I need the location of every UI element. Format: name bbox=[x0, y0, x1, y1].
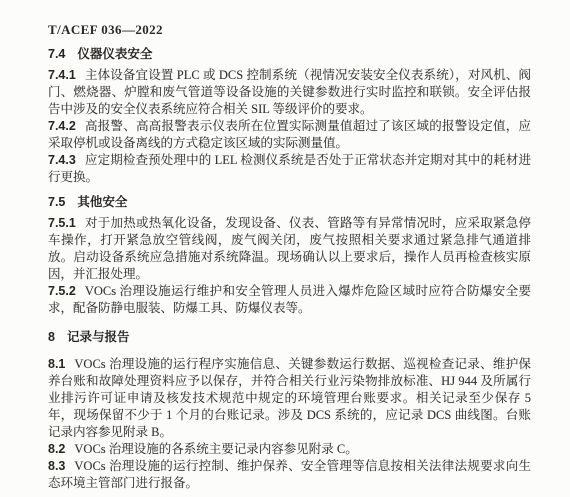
document-page: T/ACEF 036—2022 7.4仪器仪表安全 7.4.1主体设备宜设置 P… bbox=[0, 0, 570, 497]
clause-number: 7.4.1 bbox=[48, 68, 76, 82]
section-heading-7-4: 7.4仪器仪表安全 bbox=[48, 46, 531, 63]
section-heading-7-5: 7.5其他安全 bbox=[48, 194, 531, 211]
clause-8-1: 8.1VOCs 治理设施的运行程序实施信息、关键参数运行数据、巡视检查记录、维护… bbox=[48, 356, 531, 441]
clause-number: 8.3 bbox=[48, 459, 65, 473]
clause-7-4-1: 7.4.1主体设备宜设置 PLC 或 DCS 控制系统（视情况安装安全仪表系统）… bbox=[48, 67, 531, 118]
clause-text: 高报警、高高报警表示仪表所在位置实际测量值超过了该区域的报警设定值，应采取停机或… bbox=[48, 119, 531, 150]
section-title: 记录与报告 bbox=[67, 330, 130, 344]
clause-text: 主体设备宜设置 PLC 或 DCS 控制系统（视情况安装安全仪表系统），对风机、… bbox=[48, 68, 531, 116]
clause-8-3: 8.3VOCs 治理设施的运行控制、维护保养、安全管理等信息按相关法律法规要求向… bbox=[48, 458, 531, 492]
clause-number: 7.4.3 bbox=[48, 153, 76, 167]
clause-7-4-3: 7.4.3应定期检查预处理中的 LEL 检测仪系统是否处于正常状态并定期对其中的… bbox=[48, 152, 531, 186]
clause-number: 7.5.1 bbox=[48, 216, 76, 230]
clause-7-5-2: 7.5.2VOCs 治理设施运行维护和安全管理人员进入爆炸危险区域时应符合防爆安… bbox=[48, 283, 531, 317]
clause-number: 7.5.2 bbox=[48, 284, 76, 298]
section-title: 仪器仪表安全 bbox=[77, 47, 152, 61]
clause-8-2: 8.2VOCs 治理设施的各系统主要记录内容参见附录 C。 bbox=[48, 441, 531, 458]
section-number: 7.5 bbox=[48, 195, 65, 209]
clause-text: VOCs 治理设施的运行程序实施信息、关键参数运行数据、巡视检查记录、维护保养台… bbox=[48, 357, 531, 439]
clause-text: VOCs 治理设施的运行控制、维护保养、安全管理等信息按相关法律法规要求向生态环… bbox=[48, 459, 531, 490]
section-number: 8 bbox=[48, 330, 55, 344]
section-title: 其他安全 bbox=[77, 195, 127, 209]
clause-number: 8.1 bbox=[48, 357, 65, 371]
section-heading-8: 8记录与报告 bbox=[48, 329, 531, 346]
clause-number: 8.2 bbox=[48, 442, 65, 456]
clause-7-4-2: 7.4.2高报警、高高报警表示仪表所在位置实际测量值超过了该区域的报警设定值，应… bbox=[48, 118, 531, 152]
clause-7-5-1: 7.5.1对于加热或热氧化设备，发现设备、仪表、管路等有异常情况时，应采取紧急停… bbox=[48, 215, 531, 283]
clause-text: VOCs 治理设施运行维护和安全管理人员进入爆炸危险区域时应符合防爆安全要求，配… bbox=[48, 284, 531, 315]
standard-number: T/ACEF 036—2022 bbox=[48, 22, 531, 38]
clause-text: 应定期检查预处理中的 LEL 检测仪系统是否处于正常状态并定期对其中的耗材进行更… bbox=[48, 153, 531, 184]
clause-text: 对于加热或热氧化设备，发现设备、仪表、管路等有异常情况时，应采取紧急停车操作，打… bbox=[48, 216, 531, 281]
clause-number: 7.4.2 bbox=[48, 119, 76, 133]
section-number: 7.4 bbox=[48, 47, 65, 61]
clause-text: VOCs 治理设施的各系统主要记录内容参见附录 C。 bbox=[74, 442, 357, 456]
